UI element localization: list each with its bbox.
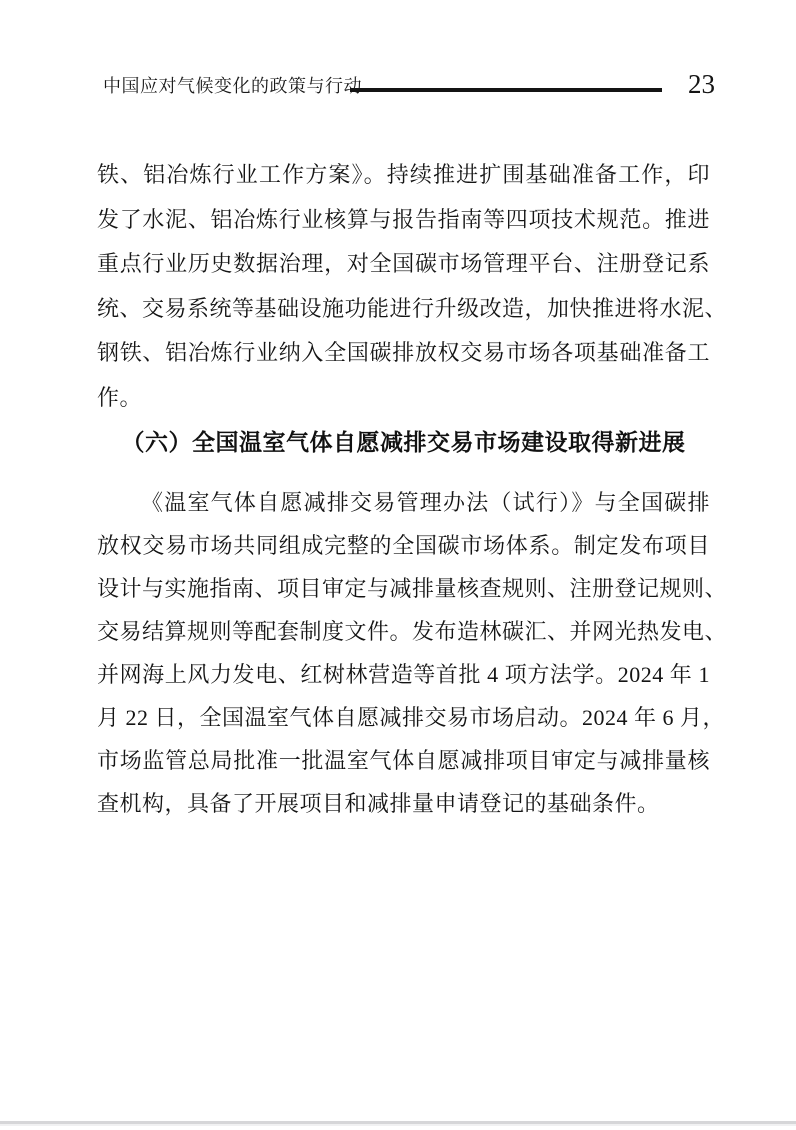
text-line: 钢铁、铝冶炼行业纳入全国碳排放权交易市场各项基础准备工 — [97, 331, 710, 376]
text-line: 统、交易系统等基础设施功能进行升级改造，加快推进将水泥、 — [97, 287, 710, 332]
header-rule — [350, 88, 662, 92]
text-line: 《温室气体自愿减排交易管理办法（试行）》与全国碳排 — [97, 481, 710, 524]
text-line: 放权交易市场共同组成完整的全国碳市场体系。制定发布项目 — [97, 524, 710, 567]
header-title: 中国应对气候变化的政策与行动 — [103, 74, 362, 98]
paragraph-continuation: 铁、铝冶炼行业工作方案》。持续推进扩围基础准备工作，印 发了水泥、铝冶炼行业核算… — [97, 153, 710, 420]
text-line: 交易结算规则等配套制度文件。发布造林碳汇、并网光热发电、 — [97, 610, 710, 653]
document-page: 中国应对气候变化的政策与行动 23 铁、铝冶炼行业工作方案》。持续推进扩围基础准… — [0, 0, 796, 1130]
text-line: 月 22 日，全国温室气体自愿减排交易市场启动。2024 年 6 月， — [97, 696, 710, 739]
paragraph-body: 《温室气体自愿减排交易管理办法（试行）》与全国碳排 放权交易市场共同组成完整的全… — [97, 481, 710, 825]
page-number: 23 — [688, 70, 715, 98]
text-line: 市场监管总局批准一批温室气体自愿减排项目审定与减排量核 — [97, 739, 710, 782]
text-line: 设计与实施指南、项目审定与减排量核查规则、注册登记规则、 — [97, 567, 710, 610]
text-line: 发了水泥、铝冶炼行业核算与报告指南等四项技术规范。推进 — [97, 198, 710, 243]
text-line: 铁、铝冶炼行业工作方案》。持续推进扩围基础准备工作，印 — [97, 153, 710, 198]
page-bottom-edge — [0, 1121, 796, 1126]
text-line: 并网海上风力发电、红树林营造等首批 4 项方法学。2024 年 1 — [97, 653, 710, 696]
section-heading: （六）全国温室气体自愿减排交易市场建设取得新进展 — [97, 420, 710, 465]
text-column: 铁、铝冶炼行业工作方案》。持续推进扩围基础准备工作，印 发了水泥、铝冶炼行业核算… — [97, 153, 710, 825]
text-line: 作。 — [97, 376, 710, 421]
text-line: 查机构，具备了开展项目和减排量申请登记的基础条件。 — [97, 782, 710, 825]
text-line: 重点行业历史数据治理，对全国碳市场管理平台、注册登记系 — [97, 242, 710, 287]
